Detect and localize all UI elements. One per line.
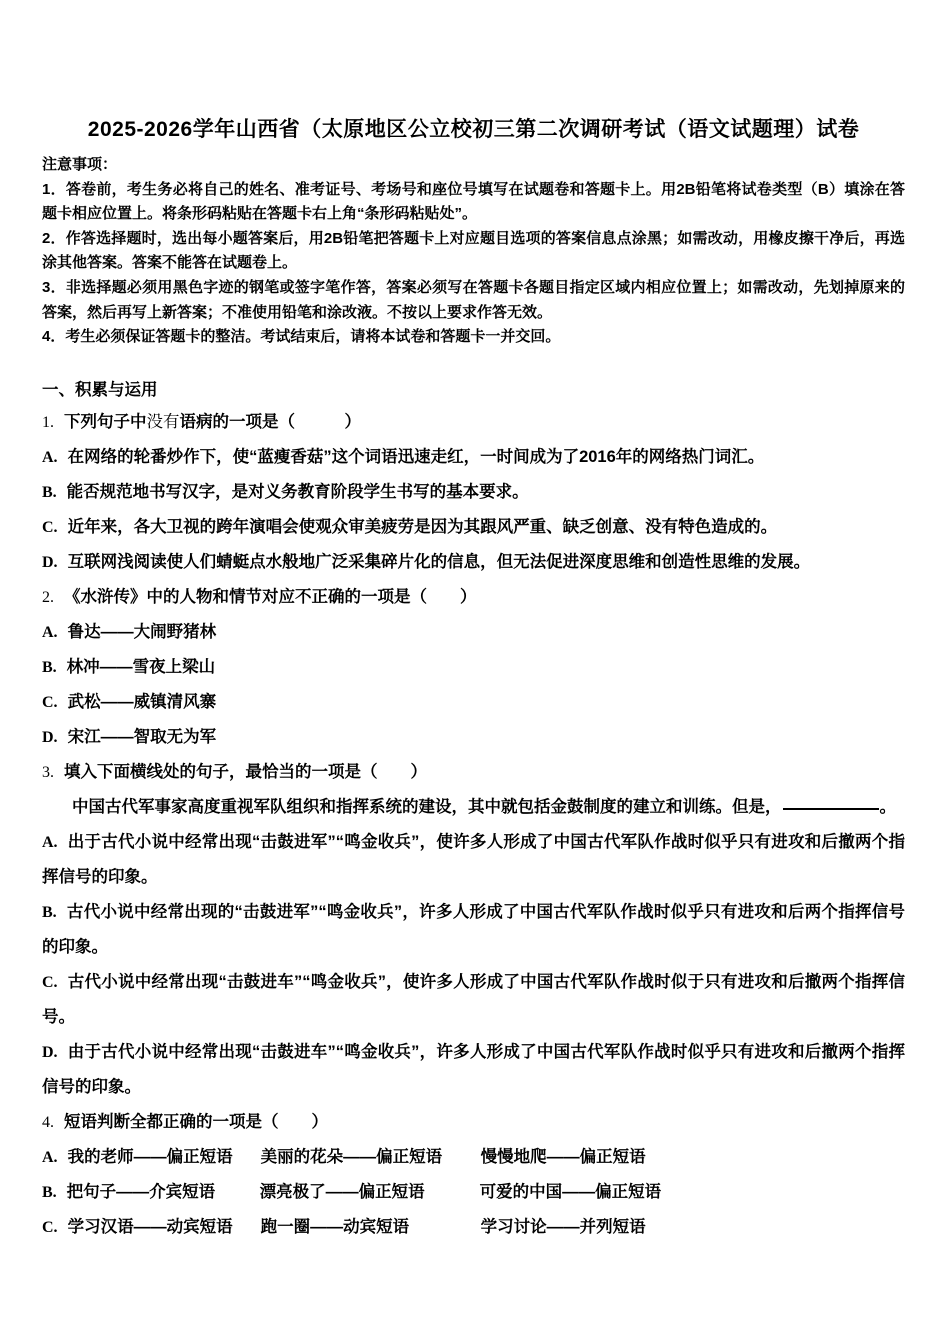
option-row: A.鲁达——大闹野猪林 [42,615,905,650]
option-text: 古代小说中经常出现“击鼓进车”“鸣金收兵”，使许多人形成了中国古代军队作战时似于… [42,973,905,1026]
stem-text: 《水浒传》中的人物和情节对应不正确的一项是（ ） [64,588,477,606]
notice-item: 3．非选择题必须用黑色字迹的钢笔或签字笔作答，答案必须写在答题卡各题目指定区域内… [42,276,905,325]
page-content: 2025-2026学年山西省（太原地区公立校初三第二次调研考试（语文试题理）试卷… [0,0,950,1245]
question-stem: 1.下列句子中没有语病的一项是（ ） [42,405,905,440]
phrase-cell: 跑一圈——动宾短语 [261,1210,481,1245]
option-row: C.武松——威镇清风寨 [42,685,905,720]
option-row: C. 学习汉语——动宾短语 跑一圈——动宾短语 学习讨论——并列短语 [42,1210,905,1245]
phrase-cell: 美丽的花朵——偏正短语 [261,1140,481,1175]
option-letter: B. [42,895,57,930]
question-stem: 4.短语判断全都正确的一项是（ ） [42,1105,905,1140]
option-letter: D. [42,545,58,580]
option-text: 在网络的轮番炒作下，使“蓝瘦香菇”这个词语迅速走红，一时间成为了2016年的网络… [68,448,765,466]
question-number: 1. [42,405,54,440]
notice-section: 注意事项： 1．答卷前，考生务必将自己的姓名、准考证号、考场号和座位号填写在试题… [42,153,905,350]
question-passage: 中国古代军事家高度重视军队组织和指挥系统的建设，其中就包括金鼓制度的建立和训练。… [42,790,905,825]
passage-text: 。 [880,798,897,816]
option-letter: C. [42,685,58,720]
stem-text: 填入下面横线处的句子，最恰当的一项是（ ） [64,763,427,781]
question-stem: 3.填入下面横线处的句子，最恰当的一项是（ ） [42,755,905,790]
phrase-cell: 慢慢地爬——偏正短语 [481,1140,905,1175]
question-stem: 2.《水浒传》中的人物和情节对应不正确的一项是（ ） [42,580,905,615]
option-row: D.宋江——智取无为军 [42,720,905,755]
stem-text: 下列句子中 [64,413,147,431]
question-number: 4. [42,1105,54,1140]
option-letter: B. [42,650,57,685]
option-text: 林冲——雪夜上梁山 [67,658,216,676]
option-letter: A. [42,615,58,650]
option-text: 近年来，各大卫视的跨年演唱会使观众审美疲劳是因为其跟风严重、缺乏创意、没有特色造… [68,518,778,536]
question-4: 4.短语判断全都正确的一项是（ ） A. 我的老师——偏正短语 美丽的花朵——偏… [42,1105,905,1245]
option-letter: C. [42,1210,58,1245]
option-row: B.林冲——雪夜上梁山 [42,650,905,685]
option-row: C.古代小说中经常出现“击鼓进车”“鸣金收兵”，使许多人形成了中国古代军队作战时… [42,965,905,1035]
stem-text: 短语判断全都正确的一项是（ ） [64,1113,328,1131]
option-row: B.古代小说中经常出现的“击鼓进军”“鸣金收兵”，许多人形成了中国古代军队作战时… [42,895,905,965]
option-row: A. 我的老师——偏正短语 美丽的花朵——偏正短语 慢慢地爬——偏正短语 [42,1140,905,1175]
stem-text: 语病的一项是（ ） [180,413,362,431]
option-text: 互联网浅阅读使人们蜻蜓点水般地广泛采集碎片化的信息，但无法促进深度思维和创造性思… [68,553,811,571]
option-letter: A. [42,1140,58,1175]
question-3: 3.填入下面横线处的句子，最恰当的一项是（ ） 中国古代军事家高度重视军队组织和… [42,755,905,1105]
option-row: A.在网络的轮番炒作下，使“蓝瘦香菇”这个词语迅速走红，一时间成为了2016年的… [42,440,905,475]
blank-underline [783,808,879,810]
option-text: 能否规范地书写汉字，是对义务教育阶段学生书写的基本要求。 [67,483,529,501]
passage-text: 中国古代军事家高度重视军队组织和指挥系统的建设，其中就包括金鼓制度的建立和训练。… [72,798,782,816]
option-row: D.由于古代小说中经常出现“击鼓进车”“鸣金收兵”，许多人形成了中国古代军队作战… [42,1035,905,1105]
option-text: 鲁达——大闹野猪林 [68,623,217,641]
phrase-cell: 学习讨论——并列短语 [481,1210,905,1245]
notice-heading: 注意事项： [42,153,905,178]
option-row: B.能否规范地书写汉字，是对义务教育阶段学生书写的基本要求。 [42,475,905,510]
option-row: A.出于古代小说中经常出现“击鼓进军”“鸣金收兵”，使许多人形成了中国古代军队作… [42,825,905,895]
option-text: 由于古代小说中经常出现“击鼓进车”“鸣金收兵”，许多人形成了中国古代军队作战时似… [42,1043,905,1096]
phrase-cell: 可爱的中国——偏正短语 [480,1175,905,1210]
option-letter: D. [42,720,58,755]
option-row: B. 把句子——介宾短语 漂亮极了——偏正短语 可爱的中国——偏正短语 [42,1175,905,1210]
phrase-cell: 我的老师——偏正短语 [68,1140,261,1175]
option-text: 出于古代小说中经常出现“击鼓进军”“鸣金收兵”，使许多人形成了中国古代军队作战时… [42,833,905,886]
phrase-cell: 漂亮极了——偏正短语 [260,1175,480,1210]
question-2: 2.《水浒传》中的人物和情节对应不正确的一项是（ ） A.鲁达——大闹野猪林 B… [42,580,905,755]
exam-title: 2025-2026学年山西省（太原地区公立校初三第二次调研考试（语文试题理）试卷 [42,114,905,146]
option-letter: C. [42,510,58,545]
notice-item: 4．考生必须保证答题卡的整洁。考试结束后，请将本试卷和答题卡一并交回。 [42,325,905,350]
option-letter: B. [42,1175,57,1210]
question-number: 3. [42,755,54,790]
notice-item: 2．作答选择题时，选出每小题答案后，用2B铅笔把答题卡上对应题目选项的答案信息点… [42,227,905,276]
phrase-cell: 把句子——介宾短语 [67,1175,260,1210]
option-row: D.互联网浅阅读使人们蜻蜓点水般地广泛采集碎片化的信息，但无法促进深度思维和创造… [42,545,905,580]
question-number: 2. [42,580,54,615]
option-text: 武松——威镇清风寨 [68,693,217,711]
notice-item: 1．答卷前，考生务必将自己的姓名、准考证号、考场号和座位号填写在试题卷和答题卡上… [42,178,905,227]
option-letter: B. [42,475,57,510]
stem-emphasis: 没有 [147,413,180,431]
option-text: 宋江——智取无为军 [68,728,217,746]
question-1: 1.下列句子中没有语病的一项是（ ） A.在网络的轮番炒作下，使“蓝瘦香菇”这个… [42,405,905,580]
exam-paper-page: 2025-2026学年山西省（太原地区公立校初三第二次调研考试（语文试题理）试卷… [0,0,950,1344]
option-letter: A. [42,825,58,860]
questions-area: 1.下列句子中没有语病的一项是（ ） A.在网络的轮番炒作下，使“蓝瘦香菇”这个… [42,405,905,1245]
option-letter: A. [42,440,58,475]
phrase-cell: 学习汉语——动宾短语 [68,1210,261,1245]
option-letter: D. [42,1035,58,1070]
option-row: C.近年来，各大卫视的跨年演唱会使观众审美疲劳是因为其跟风严重、缺乏创意、没有特… [42,510,905,545]
option-text: 古代小说中经常出现的“击鼓进军”“鸣金收兵”，许多人形成了中国古代军队作战时似乎… [42,903,905,956]
option-letter: C. [42,965,58,1000]
section-heading: 一、积累与运用 [42,377,905,403]
